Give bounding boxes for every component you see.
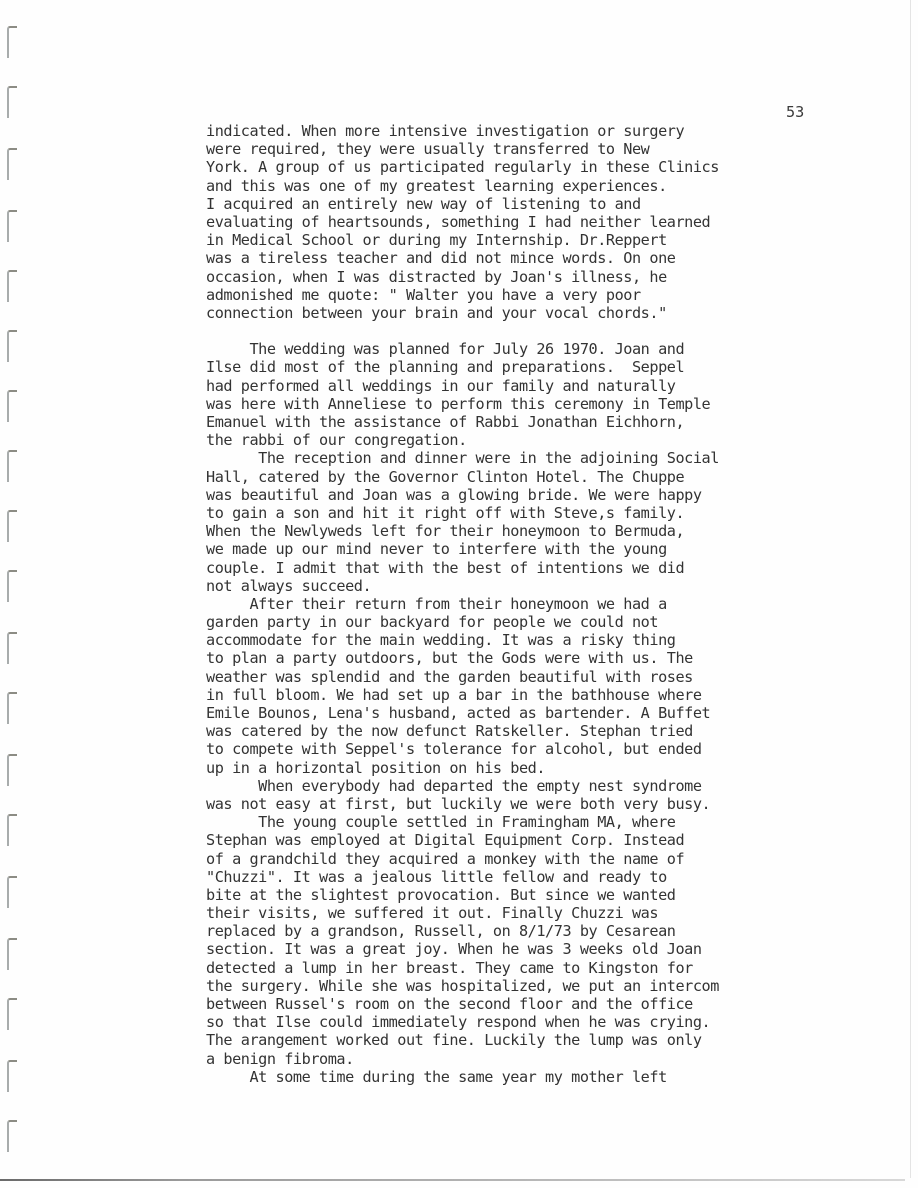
- text-line: and this was one of my greatest learning…: [206, 177, 866, 195]
- document-page: 53 indicated. When more intensive invest…: [0, 0, 911, 1178]
- text-line: occasion, when I was distracted by Joan'…: [206, 268, 866, 286]
- text-line: between Russel's room on the second floo…: [206, 995, 866, 1013]
- text-line: up in a horizontal position on his bed.: [206, 759, 866, 777]
- paragraph: The young couple settled in Framingham M…: [206, 813, 866, 1068]
- text-line: The wedding was planned for July 26 1970…: [206, 340, 866, 358]
- text-line: we made up our mind never to interfere w…: [206, 540, 866, 558]
- text-line: to compete with Seppel's tolerance for a…: [206, 740, 866, 758]
- text-line: At some time during the same year my mot…: [206, 1068, 866, 1086]
- page-number: 53: [786, 103, 804, 121]
- binding-hole-mark: [7, 754, 17, 786]
- typed-text-body: indicated. When more intensive investiga…: [206, 122, 866, 1086]
- text-line: so that Ilse could immediately respond w…: [206, 1013, 866, 1031]
- text-line: to gain a son and hit it right off with …: [206, 504, 866, 522]
- text-line: When everybody had departed the empty ne…: [206, 777, 866, 795]
- text-line: a benign fibroma.: [206, 1050, 866, 1068]
- page-bottom-edge: [0, 1179, 905, 1181]
- text-line: the surgery. While she was hospitalized,…: [206, 977, 866, 995]
- text-line: "Chuzzi". It was a jealous little fellow…: [206, 868, 866, 886]
- text-line: When the Newlyweds left for their honeym…: [206, 522, 866, 540]
- text-line: was not easy at first, but luckily we we…: [206, 795, 866, 813]
- text-line: accommodate for the main wedding. It was…: [206, 631, 866, 649]
- text-line: couple. I admit that with the best of in…: [206, 559, 866, 577]
- binding-hole-mark: [7, 148, 17, 180]
- binding-hole-mark: [7, 390, 17, 422]
- text-line: was here with Anneliese to perform this …: [206, 395, 866, 413]
- binding-hole-mark: [7, 450, 17, 482]
- text-line: was beautiful and Joan was a glowing bri…: [206, 486, 866, 504]
- text-line: detected a lump in her breast. They came…: [206, 959, 866, 977]
- binding-hole-mark: [7, 26, 17, 58]
- text-line: Stephan was employed at Digital Equipmen…: [206, 831, 866, 849]
- text-line: connection between your brain and your v…: [206, 304, 866, 322]
- text-line: I acquired an entirely new way of listen…: [206, 195, 866, 213]
- text-line: The reception and dinner were in the adj…: [206, 449, 866, 467]
- text-line: not always succeed.: [206, 577, 866, 595]
- binding-hole-mark: [7, 998, 17, 1030]
- binding-hole-mark: [7, 270, 17, 302]
- binding-hole-mark: [7, 632, 17, 664]
- text-line: of a grandchild they acquired a monkey w…: [206, 850, 866, 868]
- text-line: was a tireless teacher and did not mince…: [206, 249, 866, 267]
- binding-hole-mark: [7, 86, 17, 118]
- text-line: After their return from their honeymoon …: [206, 595, 866, 613]
- paragraph: indicated. When more intensive investiga…: [206, 122, 866, 322]
- text-line: Ilse did most of the planning and prepar…: [206, 358, 866, 376]
- text-line: their visits, we suffered it out. Finall…: [206, 904, 866, 922]
- text-line: replaced by a grandson, Russell, on 8/1/…: [206, 922, 866, 940]
- binding-hole-mark: [7, 876, 17, 908]
- paragraph: The reception and dinner were in the adj…: [206, 449, 866, 595]
- binding-edge: [0, 0, 24, 1188]
- text-line: in full bloom. We had set up a bar in th…: [206, 686, 866, 704]
- text-line: The arangement worked out fine. Luckily …: [206, 1031, 866, 1049]
- binding-hole-mark: [7, 938, 17, 970]
- text-line: had performed all weddings in our family…: [206, 377, 866, 395]
- binding-hole-mark: [7, 1060, 17, 1092]
- text-line: in Medical School or during my Internshi…: [206, 231, 866, 249]
- text-line: were required, they were usually transfe…: [206, 140, 866, 158]
- text-line: section. It was a great joy. When he was…: [206, 940, 866, 958]
- paragraph: After their return from their honeymoon …: [206, 595, 866, 777]
- binding-hole-mark: [7, 692, 17, 724]
- paragraph: When everybody had departed the empty ne…: [206, 777, 866, 813]
- text-line: admonished me quote: " Walter you have a…: [206, 286, 866, 304]
- text-line: Hall, catered by the Governor Clinton Ho…: [206, 468, 866, 486]
- text-line: Emanuel with the assistance of Rabbi Jon…: [206, 413, 866, 431]
- binding-hole-mark: [7, 510, 17, 542]
- text-line: was catered by the now defunct Ratskelle…: [206, 722, 866, 740]
- text-line: The young couple settled in Framingham M…: [206, 813, 866, 831]
- text-line: the rabbi of our congregation.: [206, 431, 866, 449]
- paragraph: At some time during the same year my mot…: [206, 1068, 866, 1086]
- binding-hole-mark: [7, 210, 17, 242]
- text-line: weather was splendid and the garden beau…: [206, 668, 866, 686]
- text-line: bite at the slightest provocation. But s…: [206, 886, 866, 904]
- binding-hole-mark: [7, 814, 17, 846]
- text-line: York. A group of us participated regular…: [206, 158, 866, 176]
- text-line: to plan a party outdoors, but the Gods w…: [206, 649, 866, 667]
- binding-hole-mark: [7, 570, 17, 602]
- paragraph: The wedding was planned for July 26 1970…: [206, 340, 866, 449]
- text-line: evaluating of heartsounds, something I h…: [206, 213, 866, 231]
- text-line: indicated. When more intensive investiga…: [206, 122, 866, 140]
- text-line: Emile Bounos, Lena's husband, acted as b…: [206, 704, 866, 722]
- text-line: garden party in our backyard for people …: [206, 613, 866, 631]
- binding-hole-mark: [7, 330, 17, 362]
- binding-hole-mark: [7, 1120, 17, 1152]
